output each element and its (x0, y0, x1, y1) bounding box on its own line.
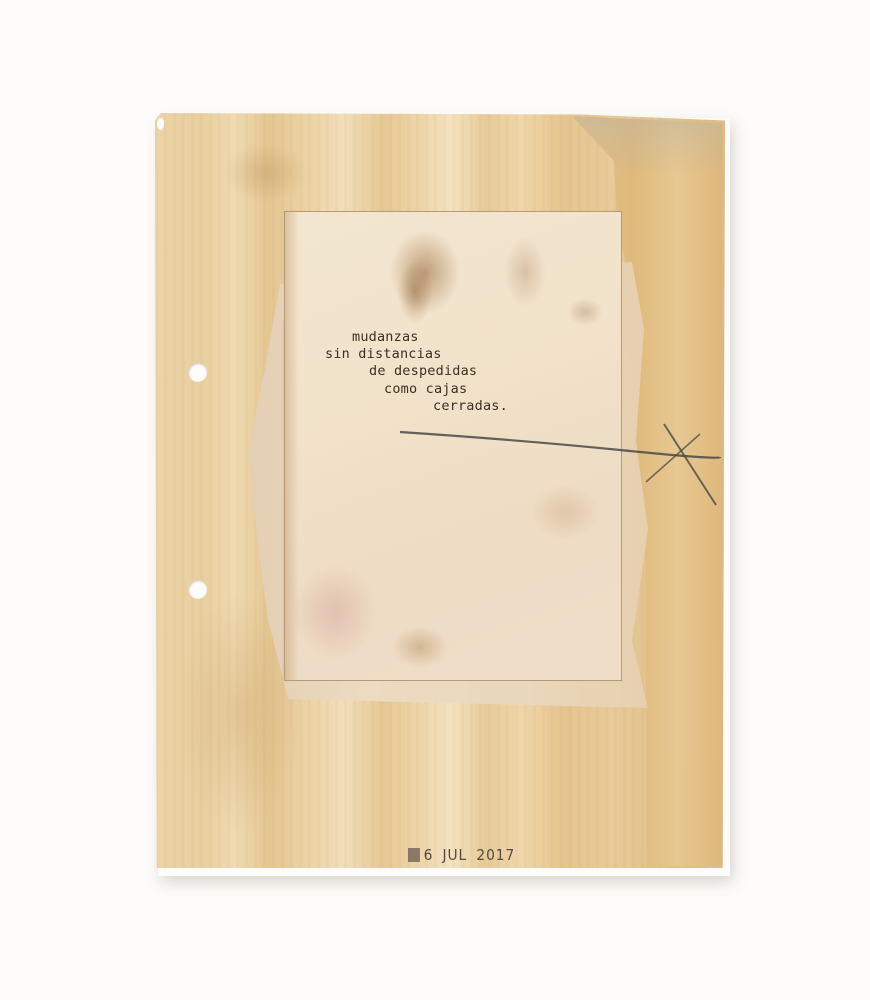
stamp-month: JUL (443, 846, 468, 864)
poem-line: como cajas (384, 381, 467, 399)
stamp-block-icon (408, 848, 420, 862)
binder-hole-bottom (188, 580, 207, 599)
poem-line: mudanzas (352, 329, 419, 347)
stamp-year: 2017 (476, 846, 515, 864)
date-stamp: 6JUL2017 (408, 846, 515, 864)
poem-line: sin distancias (325, 346, 442, 364)
torn-corner (157, 118, 164, 130)
poem-card: mudanzas sin distancias de despedidas co… (284, 211, 622, 681)
poem-line: cerradas. (433, 398, 508, 416)
stamp-day: 6 (424, 846, 434, 864)
binder-hole-top (188, 363, 207, 382)
poem-line: de despedidas (369, 363, 477, 381)
